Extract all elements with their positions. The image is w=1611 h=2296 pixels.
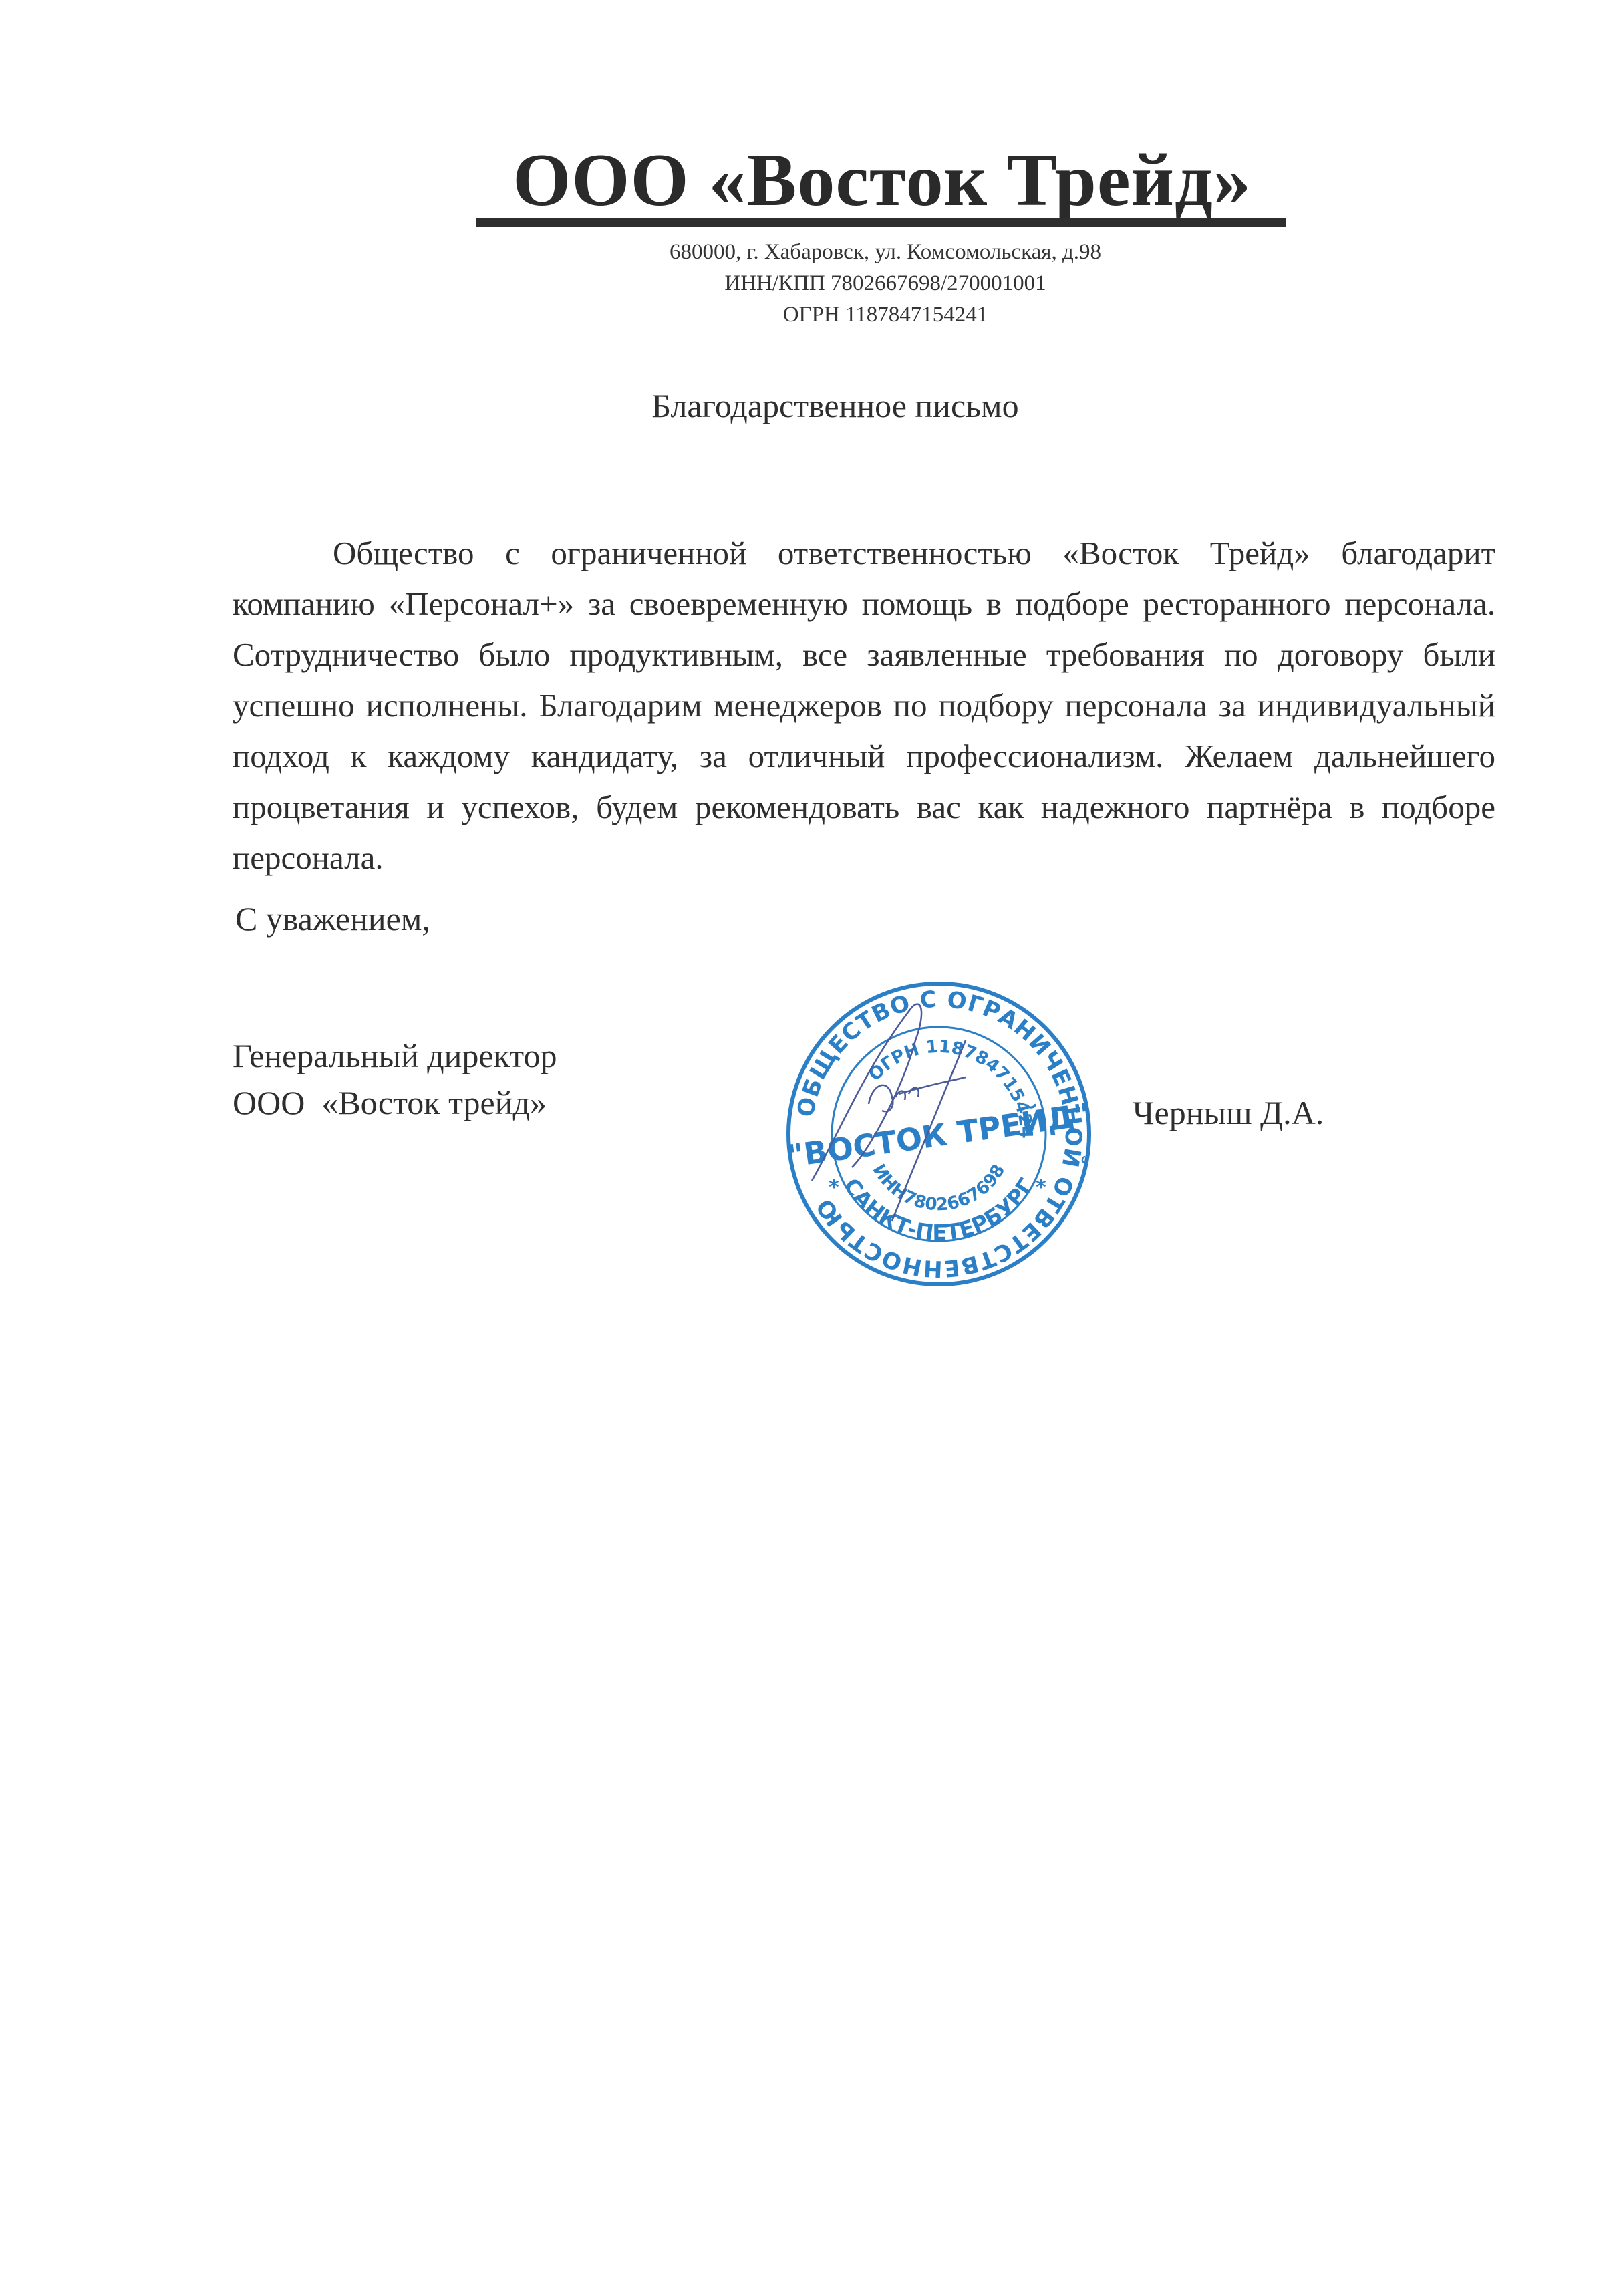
stamp-star-icon: * bbox=[829, 1176, 839, 1199]
letter-body: Общество с ограниченной ответственностью… bbox=[233, 528, 1495, 883]
company-address: 680000, г. Хабаровск, ул. Комсомольская,… bbox=[535, 237, 1236, 267]
letter-title: Благодарственное письмо bbox=[568, 382, 1103, 429]
stamp-star-icon: * bbox=[1036, 1176, 1046, 1199]
letter-body-paragraph: Общество с ограниченной ответственностью… bbox=[233, 528, 1495, 883]
title-underline bbox=[476, 218, 1286, 227]
position-line-2: ООО «Восток трейд» bbox=[233, 1079, 557, 1126]
signatory-name: Черныш Д.А. bbox=[1133, 1089, 1324, 1136]
company-inn-kpp: ИНН/КПП 7802667698/270001001 bbox=[535, 269, 1236, 298]
signatory-position: Генеральный директор ООО «Восток трейд» bbox=[233, 1032, 557, 1126]
closing-phrase: С уважением, bbox=[235, 895, 430, 942]
position-line-1: Генеральный директор bbox=[233, 1032, 557, 1079]
stamp-center-text: "ВОСТОК ТРЕЙД" bbox=[786, 1097, 1092, 1175]
company-ogrn: ОГРН 1187847154241 bbox=[535, 300, 1236, 329]
company-name: ООО «Восток Трейд» bbox=[478, 137, 1286, 224]
stamp-seal-icon: ОБЩЕСТВО С ОГРАНИЧЕННОЙ ОТВЕТСТВЕННОСТЬЮ… bbox=[772, 967, 1106, 1301]
company-stamp: ОБЩЕСТВО С ОГРАНИЧЕННОЙ ОТВЕТСТВЕННОСТЬЮ… bbox=[772, 967, 1106, 1301]
